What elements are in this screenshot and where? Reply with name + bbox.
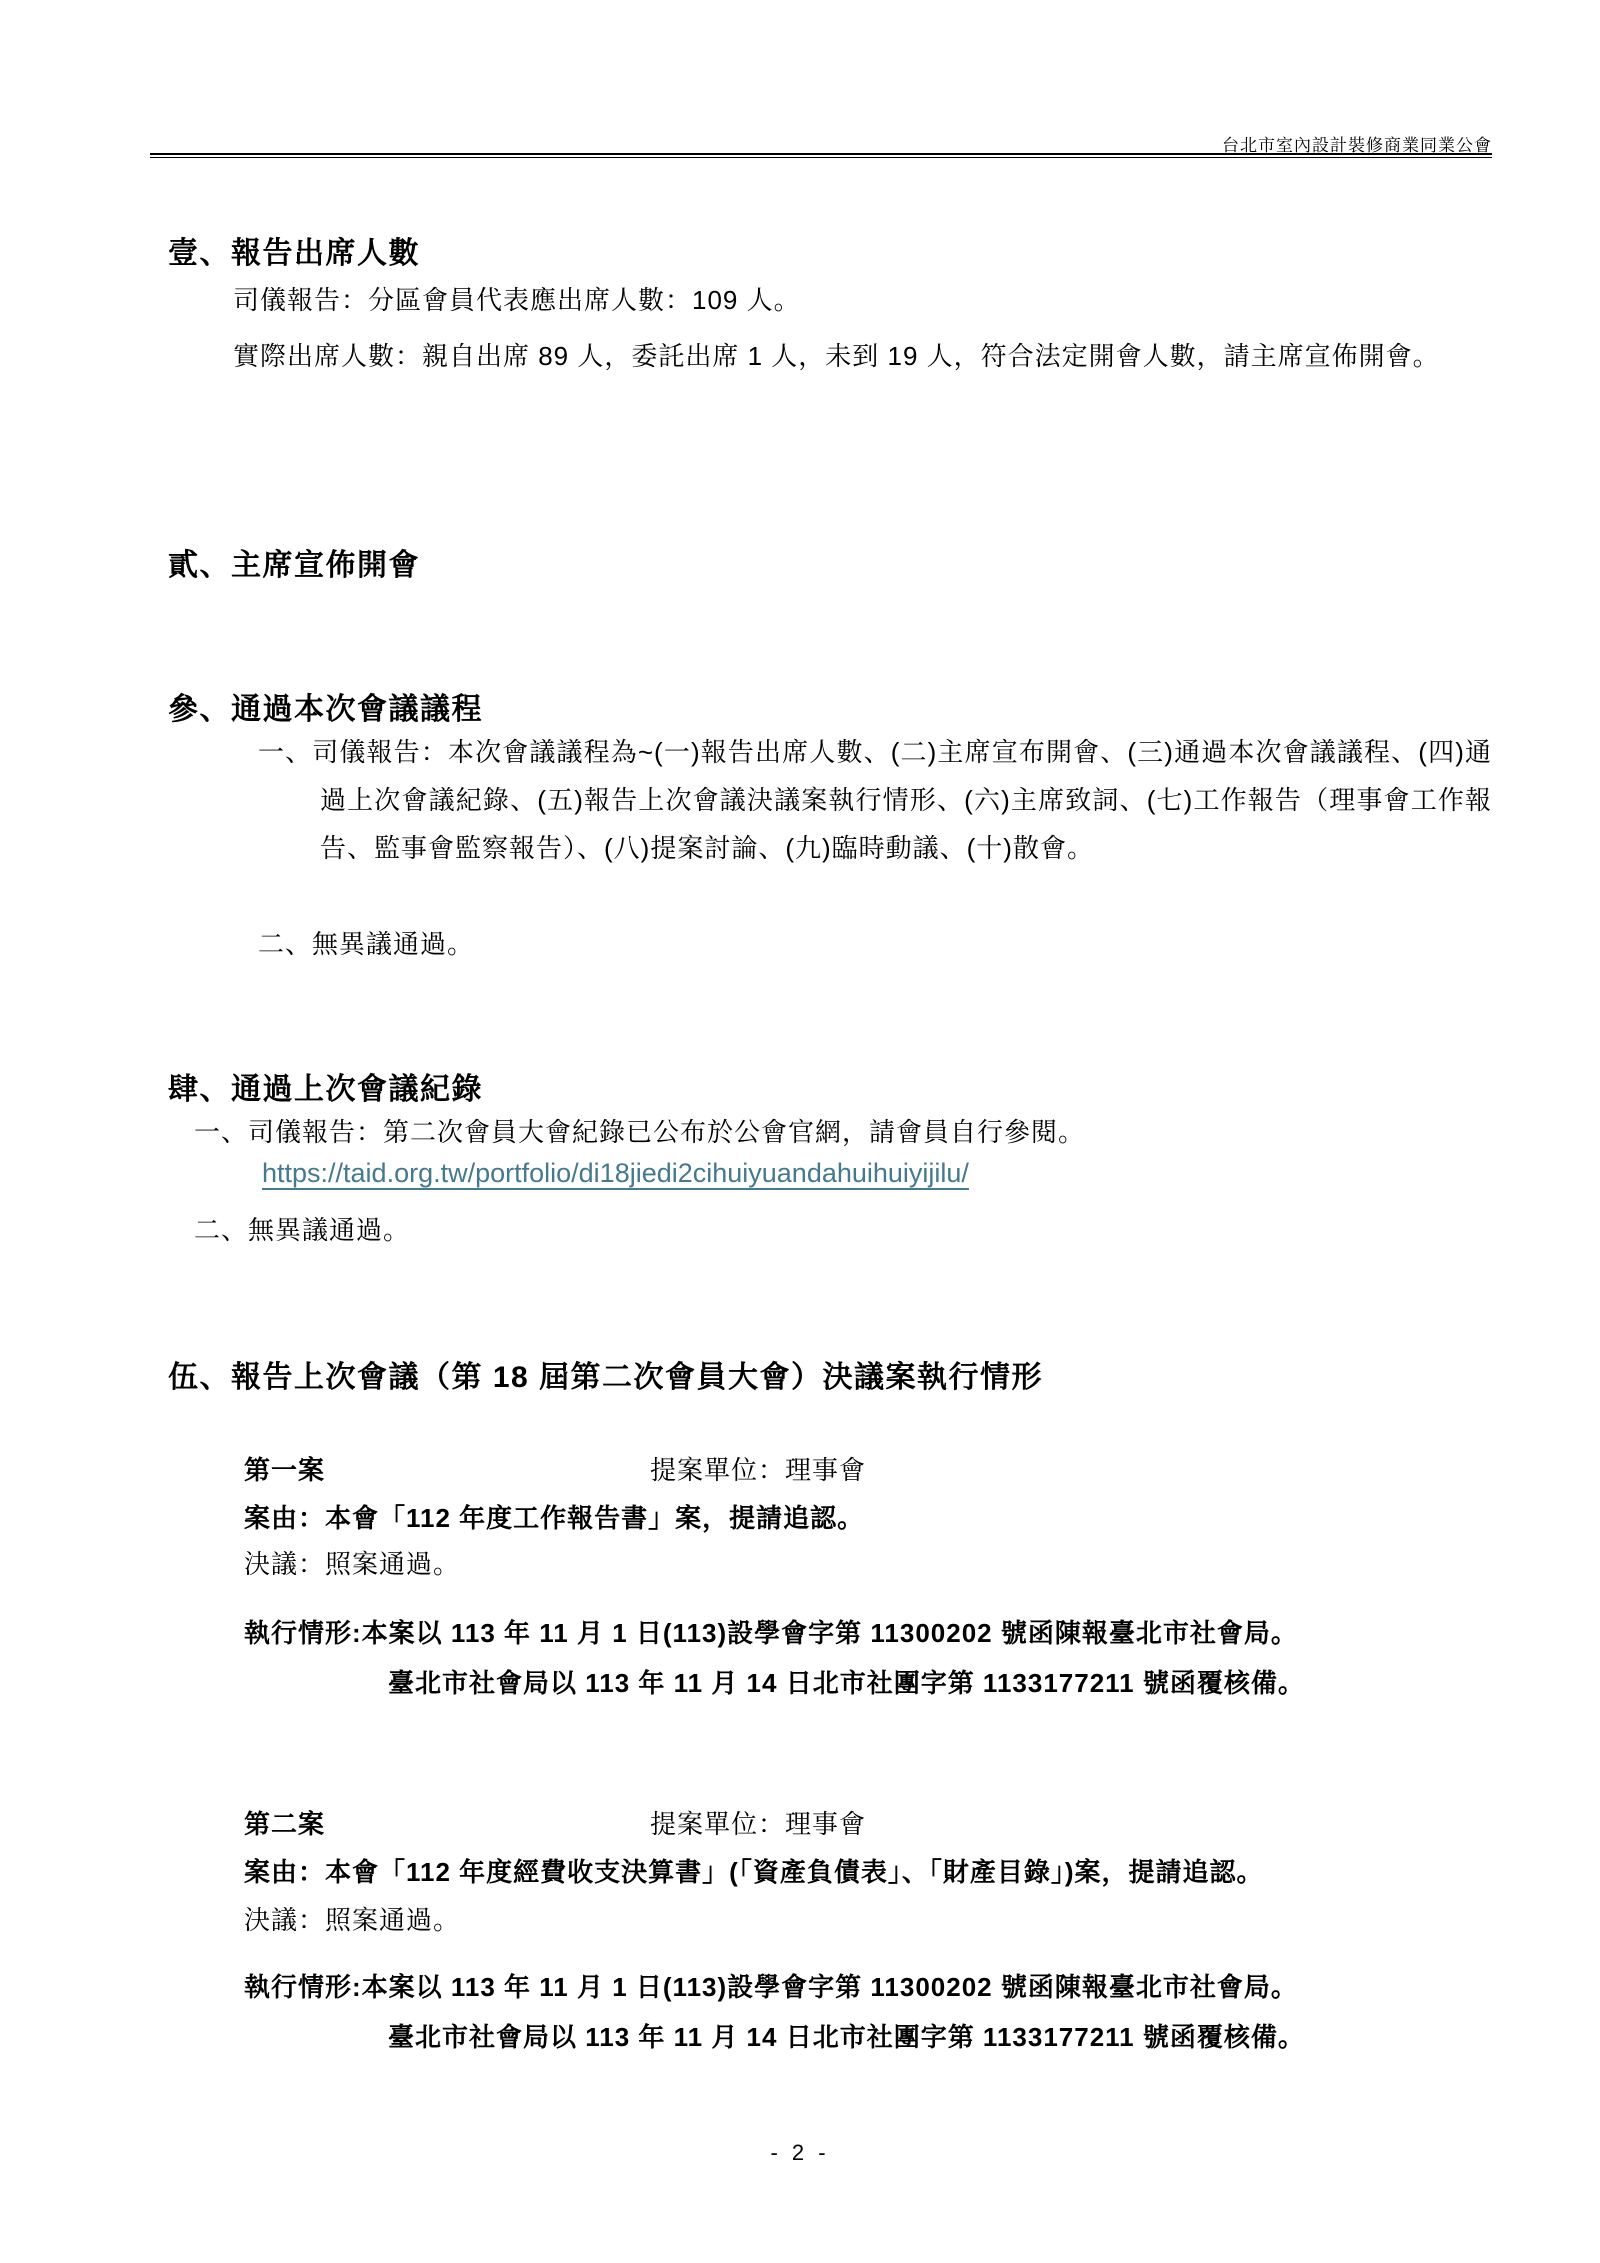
case-2-label: 第二案 <box>244 1809 325 1839</box>
case-1-label: 第一案 <box>244 1455 325 1485</box>
section-3-heading: 參、通過本次會議議程 <box>168 684 483 728</box>
case-2-execution-status: 執行情形:本案以 113 年 11 月 1 日(113)設學會字第 113002… <box>244 1962 1544 2062</box>
section-4-passed-item: 二、無異議通過。 <box>194 1206 410 1254</box>
case-1-header-row: 第一案 提案單位：理事會 <box>244 1450 1544 1487</box>
section-1-heading: 壹、報告出席人數 <box>168 228 420 272</box>
case-1-subject: 案由：本會「112 年度工作報告書」案，提請追認。 <box>244 1498 1544 1535</box>
section-4-minutes-item: 一、司儀報告：第二次會員大會紀錄已公布於公會官網，請會員自行參閱。 <box>194 1108 1085 1156</box>
case-2-proposing-unit: 提案單位：理事會 <box>650 1804 866 1841</box>
section-2-heading: 貳、主席宣佈開會 <box>168 540 420 584</box>
section-3-passed-item: 二、無異議通過。 <box>258 920 474 968</box>
header-divider-rule <box>150 153 1492 158</box>
case-2-subject: 案由：本會「112 年度經費收支決算書」(「資產負債表」、「財產目錄」)案，提請… <box>244 1852 1544 1889</box>
case-1-resolution: 決議：照案通過。 <box>244 1544 1544 1581</box>
section-3-agenda-item: 一、司儀報告：本次會議議程為~(一)報告出席人數、(二)主席宣布開會、(三)通過… <box>258 728 1492 872</box>
case-2-execution-line-1: 執行情形:本案以 113 年 11 月 1 日(113)設學會字第 113002… <box>244 1962 1544 2012</box>
case-2-header-row: 第二案 提案單位：理事會 <box>244 1804 1544 1841</box>
section-5-heading: 伍、報告上次會議（第 18 屆第二次會員大會）決議案執行情形 <box>168 1352 1043 1396</box>
page-number: - 2 - <box>0 2140 1600 2166</box>
section-1-attendance-required: 司儀報告：分區會員代表應出席人數：109 人。 <box>233 272 1490 328</box>
case-1-execution-line-2: 臺北市社會局以 113 年 11 月 14 日北市社團字第 1133177211… <box>388 1658 1544 1708</box>
section-4-link-line: https://taid.org.tw/portfolio/di18jiedi2… <box>262 1158 969 1189</box>
document-page: { "header": { "org_name": "台北市室內設計裝修商業同業… <box>0 0 1600 2263</box>
case-2-execution-line-2: 臺北市社會局以 113 年 11 月 14 日北市社團字第 1133177211… <box>388 2012 1544 2062</box>
case-1-execution-status: 執行情形:本案以 113 年 11 月 1 日(113)設學會字第 113002… <box>244 1608 1544 1708</box>
case-1-proposing-unit: 提案單位：理事會 <box>650 1450 866 1487</box>
previous-minutes-link[interactable]: https://taid.org.tw/portfolio/di18jiedi2… <box>262 1158 969 1188</box>
section-1-attendance-actual: 實際出席人數：親自出席 89 人，委託出席 1 人，未到 19 人，符合法定開會… <box>233 328 1490 384</box>
case-2-resolution: 決議：照案通過。 <box>244 1900 1544 1937</box>
case-1-execution-line-1: 執行情形:本案以 113 年 11 月 1 日(113)設學會字第 113002… <box>244 1608 1544 1658</box>
section-4-heading: 肆、通過上次會議紀錄 <box>168 1064 483 1108</box>
